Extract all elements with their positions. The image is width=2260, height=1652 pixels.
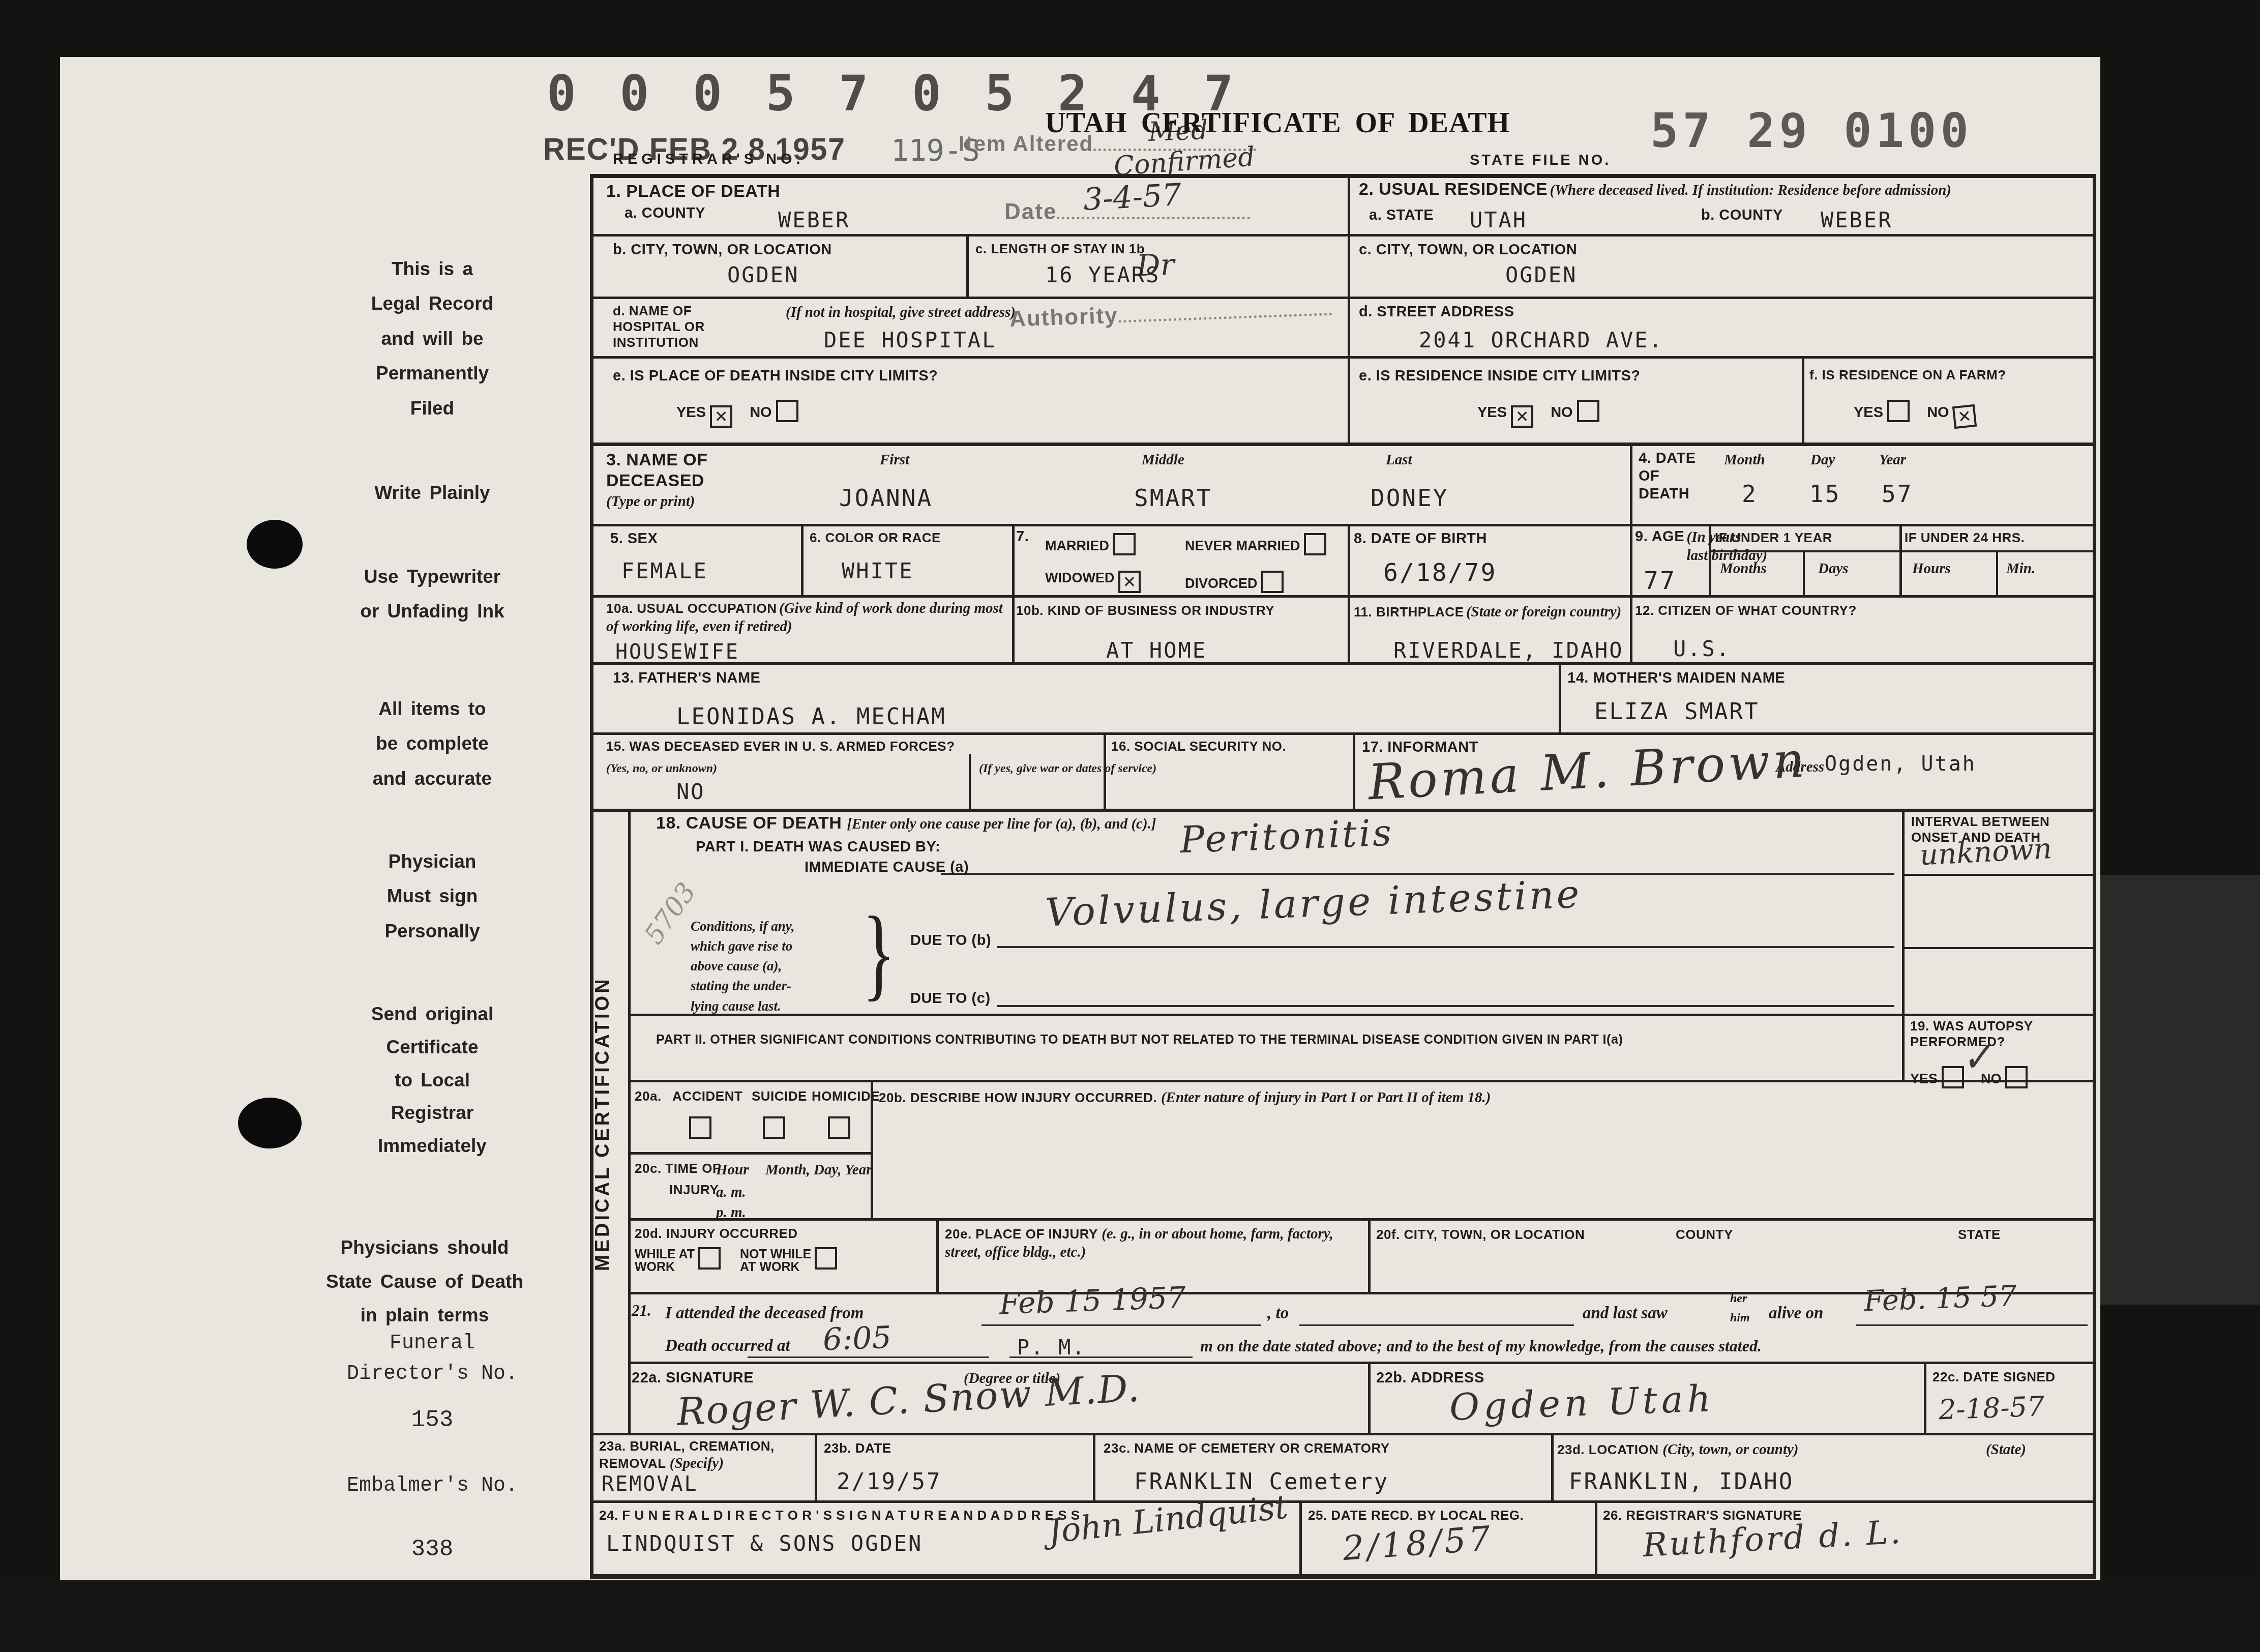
- attended-from-line: [982, 1324, 1261, 1326]
- autopsy-yes-checkmark: ✓: [1958, 1036, 1997, 1079]
- medical-certification-label: MEDICAL CERTIFICATION: [591, 834, 627, 1414]
- grid-line: [590, 442, 2096, 446]
- accident-section-label: 20a.: [635, 1088, 662, 1104]
- cause-b-line: [997, 946, 1894, 948]
- while-at-work-check: WHILE AT WORK: [635, 1247, 721, 1274]
- scanned-death-certificate: 0 0 0 5 7 0 5 2 4 7 REC'D FEB 2 8 1957 R…: [0, 0, 2260, 1652]
- place-of-death-title: 1. PLACE OF DEATH: [606, 181, 780, 202]
- date-stamp-label: Date: [1004, 199, 1057, 224]
- widowed-checkbox: ✕: [1118, 571, 1141, 593]
- grid-line: [590, 174, 2096, 178]
- min-label: Min.: [2006, 559, 2035, 578]
- no-checkbox: ✕: [1952, 404, 1977, 429]
- birthplace-label-group: 11. BIRTHPLACE (State or foreign country…: [1354, 603, 1621, 621]
- hour-label: Hour: [716, 1161, 749, 1179]
- yes-checkbox: ✕: [710, 405, 732, 428]
- grid-line: [1353, 732, 1355, 809]
- cause-of-death-title: 18. CAUSE OF DEATH: [656, 813, 847, 833]
- length-of-stay-label: c. LENGTH OF STAY IN 1b: [975, 241, 1145, 257]
- last-seen-value: Feb. 15 57: [1863, 1282, 2017, 1316]
- race-label: 6. COLOR OR RACE: [810, 530, 941, 546]
- dob-value: 6/18/79: [1383, 560, 1497, 585]
- certificate-title: UTAH CERTIFICATE OF DEATH: [1045, 107, 1510, 139]
- injury-city-label: 20f. CITY, TOWN, OR LOCATION: [1376, 1227, 1585, 1243]
- grid-line: [628, 1014, 2096, 1016]
- signature-label: 22a. SIGNATURE: [632, 1369, 754, 1387]
- grid-line: [1630, 442, 1632, 662]
- grid-line: [1093, 1433, 1095, 1500]
- cause-of-death-title-group: 18. CAUSE OF DEATH [Enter only one cause…: [656, 813, 1156, 834]
- yes-label: YES: [1854, 404, 1883, 421]
- death-time-value: 6:05: [822, 1322, 892, 1355]
- due-to-b-label: DUE TO (b): [910, 932, 991, 950]
- first-name-value: JOANNA: [839, 486, 933, 510]
- first-name-label: First: [880, 451, 909, 469]
- grid-line: [590, 1500, 2096, 1503]
- scan-artifact-band: [2100, 875, 2260, 1305]
- grid-line: [628, 1218, 2096, 1221]
- grid-line: [1902, 947, 2096, 949]
- grid-line: [590, 356, 2096, 359]
- grid-line: [1996, 550, 1998, 595]
- street-address-label: d. STREET ADDRESS: [1359, 303, 1514, 321]
- name-of-deceased-label: 3. NAME OF DECEASED: [606, 450, 708, 491]
- not-while-at-work-checkbox: [815, 1247, 837, 1270]
- burial-label-group: 23a. BURIAL, CREMATION, REMOVAL (Specify…: [599, 1438, 813, 1472]
- death-time-line: [748, 1356, 989, 1358]
- no-checkbox: [776, 400, 798, 422]
- grid-line: [1348, 524, 1350, 662]
- grid-line: [590, 234, 2096, 237]
- grid-line: [969, 754, 971, 809]
- death-time-ampm: P. M.: [1017, 1338, 1086, 1358]
- divorced-check: DIVORCED: [1185, 571, 1284, 593]
- date-stamp-value: 3-4-57: [1083, 180, 1182, 215]
- suicide-checkbox: [763, 1116, 785, 1139]
- usual-residence-label: 2. USUAL RESIDENCE: [1359, 180, 1548, 199]
- year-value: 57: [1882, 482, 1913, 506]
- county-label: a. COUNTY: [625, 204, 705, 222]
- her-label: her: [1730, 1291, 1747, 1306]
- grid-line: [590, 524, 2096, 526]
- married-checkbox: [1113, 533, 1136, 555]
- name-of-deceased-paren: (Type or print): [606, 492, 695, 511]
- hours-label: Hours: [1912, 559, 1951, 578]
- immediate-cause-label: IMMEDIATE CAUSE (a): [805, 859, 969, 876]
- divorced-label: DIVORCED: [1185, 576, 1258, 591]
- days-label: Days: [1818, 559, 1849, 578]
- last-name-label: Last: [1386, 451, 1412, 469]
- month-day-year-label: Month, Day, Year: [765, 1161, 872, 1179]
- margin-note-physician: Physician Must sign Personally: [285, 844, 580, 949]
- last-name-value: DONEY: [1371, 486, 1448, 510]
- location-label: 23d. LOCATION: [1557, 1442, 1662, 1457]
- hospital-value: DEE HOSPITAL: [824, 330, 996, 351]
- yes-checkbox: ✕: [1511, 405, 1533, 428]
- margin-note-all-items: All items to be complete and accurate: [285, 692, 580, 796]
- no-label: NO: [750, 404, 772, 421]
- residence-city-label: c. CITY, TOWN, OR LOCATION: [1359, 241, 1577, 259]
- burial-date-label: 23b. DATE: [824, 1440, 891, 1456]
- grid-line: [1368, 1362, 1371, 1433]
- divorced-checkbox: [1261, 571, 1284, 593]
- occupation-label: 10a. USUAL OCCUPATION: [606, 601, 777, 616]
- not-while-at-work-check: NOT WHILE AT WORK: [740, 1247, 837, 1274]
- part2-label: PART II. OTHER SIGNIFICANT CONDITIONS CO…: [656, 1031, 1623, 1047]
- never-married-check: NEVER MARRIED: [1185, 533, 1326, 555]
- conditions-brace: }: [863, 894, 896, 1012]
- cemetery-value: FRANKLIN Cemetery: [1134, 1471, 1389, 1493]
- attended-text: I attended the deceased from: [665, 1303, 864, 1324]
- under-1-year-label: IF UNDER 1 YEAR: [1715, 530, 1832, 546]
- race-value: WHITE: [842, 560, 913, 582]
- armed-forces-note1: (Yes, no, or unknown): [606, 761, 717, 776]
- widowed-label: WIDOWED: [1045, 570, 1114, 585]
- injury-occurred-label: 20d. INJURY OCCURRED: [635, 1226, 798, 1242]
- mother-name-label: 14. MOTHER'S MAIDEN NAME: [1567, 669, 1785, 687]
- residence-county-value: WEBER: [1821, 210, 1892, 231]
- no-checkbox: [2005, 1066, 2028, 1088]
- causes-stated-text: m on the date stated above; and to the b…: [1200, 1336, 1762, 1356]
- widowed-check: WIDOWED ✕: [1045, 571, 1141, 593]
- cause-a-line: [941, 873, 1894, 875]
- state-file-label: STATE FILE NO.: [1470, 152, 1611, 169]
- middle-name-value: SMART: [1134, 486, 1212, 510]
- birthplace-paren: (State or foreign country): [1466, 604, 1621, 620]
- dob-label: 8. DATE OF BIRTH: [1354, 530, 1487, 548]
- location-label-group: 23d. LOCATION (City, town, or county): [1557, 1440, 1799, 1459]
- grid-line: [966, 234, 969, 297]
- grid-line: [1803, 550, 1805, 595]
- cause-c-line: [997, 1005, 1894, 1007]
- margin-note-legal: This is a Legal Record and will be Perma…: [285, 252, 580, 426]
- grid-line: [590, 809, 2096, 812]
- grid-line: [590, 1574, 2096, 1579]
- hospital-label: d. NAME OF HOSPITAL OR INSTITUTION: [613, 303, 705, 351]
- interval-value: unknown: [1919, 835, 2053, 870]
- month-value: 2: [1742, 482, 1758, 506]
- grid-line: [628, 1362, 2096, 1364]
- him-label: him: [1730, 1310, 1750, 1325]
- grid-line: [1348, 174, 1350, 442]
- while-at-work-label: WHILE AT WORK: [635, 1248, 695, 1274]
- no-label: NO: [1551, 404, 1573, 421]
- armed-forces-note2: (If yes, give war or dates of service): [979, 761, 1156, 776]
- under-24-hrs-label: IF UNDER 24 HRS.: [1905, 530, 2025, 546]
- armed-forces-label: 15. WAS DECEASED EVER IN U. S. ARMED FOR…: [606, 739, 955, 754]
- death-occurred-text: Death occurred at: [665, 1336, 790, 1356]
- pm-label: p. m.: [716, 1203, 746, 1222]
- length-of-stay-value: 16 YEARS: [1045, 264, 1160, 286]
- grid-line: [2093, 174, 2096, 1579]
- sex-label: 5. SEX: [610, 530, 658, 548]
- citizen-label: 12. CITIZEN OF WHAT COUNTRY?: [1635, 603, 1857, 618]
- funeral-director-label: 24. F U N E R A L D I R E C T O R ' S S …: [599, 1508, 1080, 1523]
- yes-label: YES: [676, 404, 706, 421]
- grid-line: [1368, 1218, 1371, 1292]
- birthplace-value: RIVERDALE, IDAHO: [1393, 640, 1624, 661]
- date-signed-value: 2-18-57: [1938, 1393, 2045, 1424]
- grid-line: [590, 595, 2096, 598]
- yes-checkbox: [1942, 1066, 1964, 1088]
- father-name-label: 13. FATHER'S NAME: [613, 669, 760, 687]
- grid-line: [628, 809, 631, 1433]
- business-value: AT HOME: [1106, 640, 1207, 661]
- grid-line: [628, 1080, 2096, 1082]
- city-label: b. CITY, TOWN, OR LOCATION: [613, 241, 832, 259]
- city-value: OGDEN: [727, 264, 799, 286]
- occupation-value: HOUSEWIFE: [615, 642, 739, 662]
- death-city-limits-checks: YES ✕ NO: [676, 400, 798, 428]
- sex-value: FEMALE: [621, 560, 708, 582]
- never-married-label: NEVER MARRIED: [1185, 538, 1300, 553]
- death-city-limits-label: e. IS PLACE OF DEATH INSIDE CITY LIMITS?: [613, 367, 938, 385]
- describe-injury-paren: (Enter nature of injury in Part I or Par…: [1161, 1089, 1491, 1106]
- residence-city-limits-checks: YES ✕ NO: [1477, 400, 1599, 428]
- residence-state-label: a. STATE: [1369, 206, 1434, 224]
- grid-line: [1551, 1433, 1554, 1500]
- margin-note-typewriter: Use Typewriter or Unfading Ink: [270, 559, 595, 629]
- citizen-value: U.S.: [1673, 638, 1731, 660]
- describe-injury-label: 20b. DESCRIBE HOW INJURY OCCURRED.: [879, 1090, 1161, 1105]
- accident-checkbox: [689, 1116, 711, 1139]
- grid-line: [1924, 1362, 1926, 1433]
- burial-value: REMOVAL: [602, 1474, 698, 1494]
- grid-line: [1802, 356, 1804, 442]
- location-value: FRANKLIN, IDAHO: [1569, 1471, 1794, 1493]
- residence-city-value: OGDEN: [1505, 264, 1577, 286]
- suicide-label: SUICIDE: [752, 1088, 807, 1104]
- place-of-injury-label: 20e. PLACE OF INJURY: [945, 1226, 1102, 1242]
- time-of-injury-label2: INJURY: [669, 1182, 719, 1198]
- residence-state-value: UTAH: [1470, 210, 1527, 231]
- funeral-director-no: 153: [285, 1403, 580, 1438]
- residence-farm-label: f. IS RESIDENCE ON A FARM?: [1809, 367, 2006, 383]
- residence-city-limits-label: e. IS RESIDENCE INSIDE CITY LIMITS?: [1359, 367, 1641, 385]
- authority-stamp-label: Authority: [1009, 303, 1118, 332]
- married-label: MARRIED: [1045, 538, 1109, 553]
- date-of-death-label: 4. DATE OF DEATH: [1639, 450, 1696, 503]
- never-married-checkbox: [1304, 533, 1326, 555]
- married-check: MARRIED: [1045, 533, 1136, 555]
- homicide-label: HOMICIDE: [812, 1088, 880, 1104]
- mother-name-value: ELIZA SMART: [1594, 701, 1759, 723]
- residence-county-label: b. COUNTY: [1701, 206, 1783, 224]
- conditions-note: Conditions, if any, which gave rise to a…: [691, 917, 795, 1016]
- last-seen-line: [1856, 1324, 2088, 1326]
- yes-label: YES: [1477, 404, 1507, 421]
- date-signed-label: 22c. DATE SIGNED: [1932, 1369, 2056, 1385]
- street-address-value: 2041 ORCHARD AVE.: [1419, 330, 1663, 351]
- date-received-value: 2/18/57: [1342, 1522, 1494, 1566]
- not-while-at-work-label: NOT WHILE AT WORK: [740, 1248, 811, 1274]
- county-value: WEBER: [778, 210, 850, 231]
- no-label: NO: [1927, 404, 1949, 421]
- grid-line: [628, 1152, 873, 1155]
- grid-line: [936, 1218, 939, 1292]
- yes-checkbox: [1887, 400, 1910, 422]
- residence-farm-checks: YES NO ✕: [1854, 400, 1976, 428]
- state-file-number: 57 29 0100: [1650, 104, 1973, 158]
- address-label: 22b. ADDRESS: [1376, 1369, 1484, 1387]
- occupation-label-group: 10a. USUAL OCCUPATION (Give kind of work…: [606, 599, 1003, 636]
- grid-line: [1902, 874, 2096, 876]
- location-paren: (City, town, or county): [1662, 1441, 1798, 1458]
- grid-line: [590, 662, 2096, 665]
- part1-label: PART I. DEATH WAS CAUSED BY:: [696, 838, 940, 856]
- funeral-director-value: LINDQUIST & SONS OGDEN: [606, 1533, 923, 1554]
- time-of-injury-label: 20c. TIME OF: [635, 1161, 721, 1176]
- margin-note-write-plainly: Write Plainly: [285, 476, 580, 510]
- month-label: Month: [1724, 451, 1765, 469]
- margin-note-plain-terms: Physicians should State Cause of Death i…: [252, 1231, 598, 1333]
- burial-date-value: 2/19/57: [837, 1471, 941, 1493]
- cemetery-label: 23c. NAME OF CEMETERY OR CREMATORY: [1104, 1440, 1390, 1456]
- usual-residence-title: 2. USUAL RESIDENCE (Where deceased lived…: [1359, 179, 2086, 200]
- grid-line: [1559, 662, 1561, 732]
- day-label: Day: [1810, 451, 1835, 469]
- age-label: 9. AGE: [1635, 528, 1684, 545]
- father-name-value: LEONIDAS A. MECHAM: [676, 706, 946, 728]
- business-label: 10b. KIND OF BUSINESS OR INDUSTRY: [1016, 603, 1274, 618]
- armed-forces-value: NO: [676, 781, 705, 803]
- am-label: a. m.: [716, 1183, 746, 1201]
- last-saw-text: and last saw: [1583, 1303, 1668, 1324]
- due-to-c-label: DUE TO (c): [910, 990, 991, 1008]
- funeral-director-no-label: Funeral Director's No.: [264, 1329, 600, 1390]
- immediate-cause-value: Peritonitis: [1179, 814, 1394, 859]
- location-state-paren: (State): [1986, 1440, 2026, 1459]
- homicide-checkbox: [828, 1116, 850, 1139]
- months-label: Months: [1720, 559, 1767, 578]
- grid-line: [590, 732, 2096, 735]
- margin-note-send-original: Send original Certificate to Local Regis…: [285, 998, 580, 1163]
- grid-line: [801, 524, 804, 595]
- middle-name-label: Middle: [1142, 451, 1184, 469]
- grid-line: [1899, 524, 1902, 595]
- informant-address-value: Ogden, Utah: [1825, 754, 1976, 774]
- grid-line: [1012, 524, 1015, 662]
- year-label: Year: [1879, 451, 1906, 469]
- place-of-injury-group: 20e. PLACE OF INJURY (e. g., in or about…: [945, 1225, 1357, 1262]
- describe-injury-group: 20b. DESCRIBE HOW INJURY OCCURRED. (Ente…: [879, 1088, 1491, 1107]
- injury-state-label: STATE: [1958, 1227, 2001, 1243]
- while-at-work-checkbox: [698, 1247, 721, 1270]
- no-checkbox: [1577, 400, 1599, 422]
- grid-line: [1299, 1500, 1302, 1574]
- accident-label: ACCIDENT: [672, 1088, 742, 1104]
- injury-county-label: COUNTY: [1676, 1227, 1733, 1243]
- yes-label: YES: [1910, 1071, 1938, 1086]
- day-value: 15: [1809, 482, 1840, 506]
- registrars-no-label: REGISTRAR'S NO.: [613, 151, 805, 168]
- address-value: Ogden Utah: [1449, 1380, 1715, 1426]
- alive-on-text: alive on: [1769, 1303, 1823, 1324]
- cause-of-death-bracket: [Enter only one cause per line for (a), …: [847, 816, 1156, 832]
- grid-line: [590, 297, 2096, 299]
- attended-from-value: Feb 15 1957: [999, 1283, 1186, 1319]
- birthplace-label: 11. BIRTHPLACE: [1354, 604, 1464, 619]
- burial-paren: (Specify): [670, 1455, 724, 1471]
- item-21-number: 21.: [632, 1301, 651, 1321]
- attended-to-text: , to: [1267, 1303, 1289, 1324]
- grid-line: [1595, 1500, 1597, 1574]
- age-value: 77: [1644, 569, 1676, 593]
- marital-number: 7.: [1016, 528, 1029, 546]
- embalmer-no-label: Embalmer's No.: [264, 1471, 600, 1501]
- usual-residence-paren: (Where deceased lived. If institution: R…: [1550, 182, 1951, 198]
- hospital-paren: (If not in hospital, give street address…: [786, 303, 1016, 321]
- ssn-label: 16. SOCIAL SECURITY NO.: [1111, 739, 1286, 754]
- attended-to-line: [1299, 1324, 1574, 1326]
- scan-artifact-bottom: [0, 1580, 2260, 1652]
- grid-line: [1902, 809, 1905, 1080]
- embalmer-no: 338: [285, 1532, 580, 1567]
- grid-line: [815, 1433, 817, 1500]
